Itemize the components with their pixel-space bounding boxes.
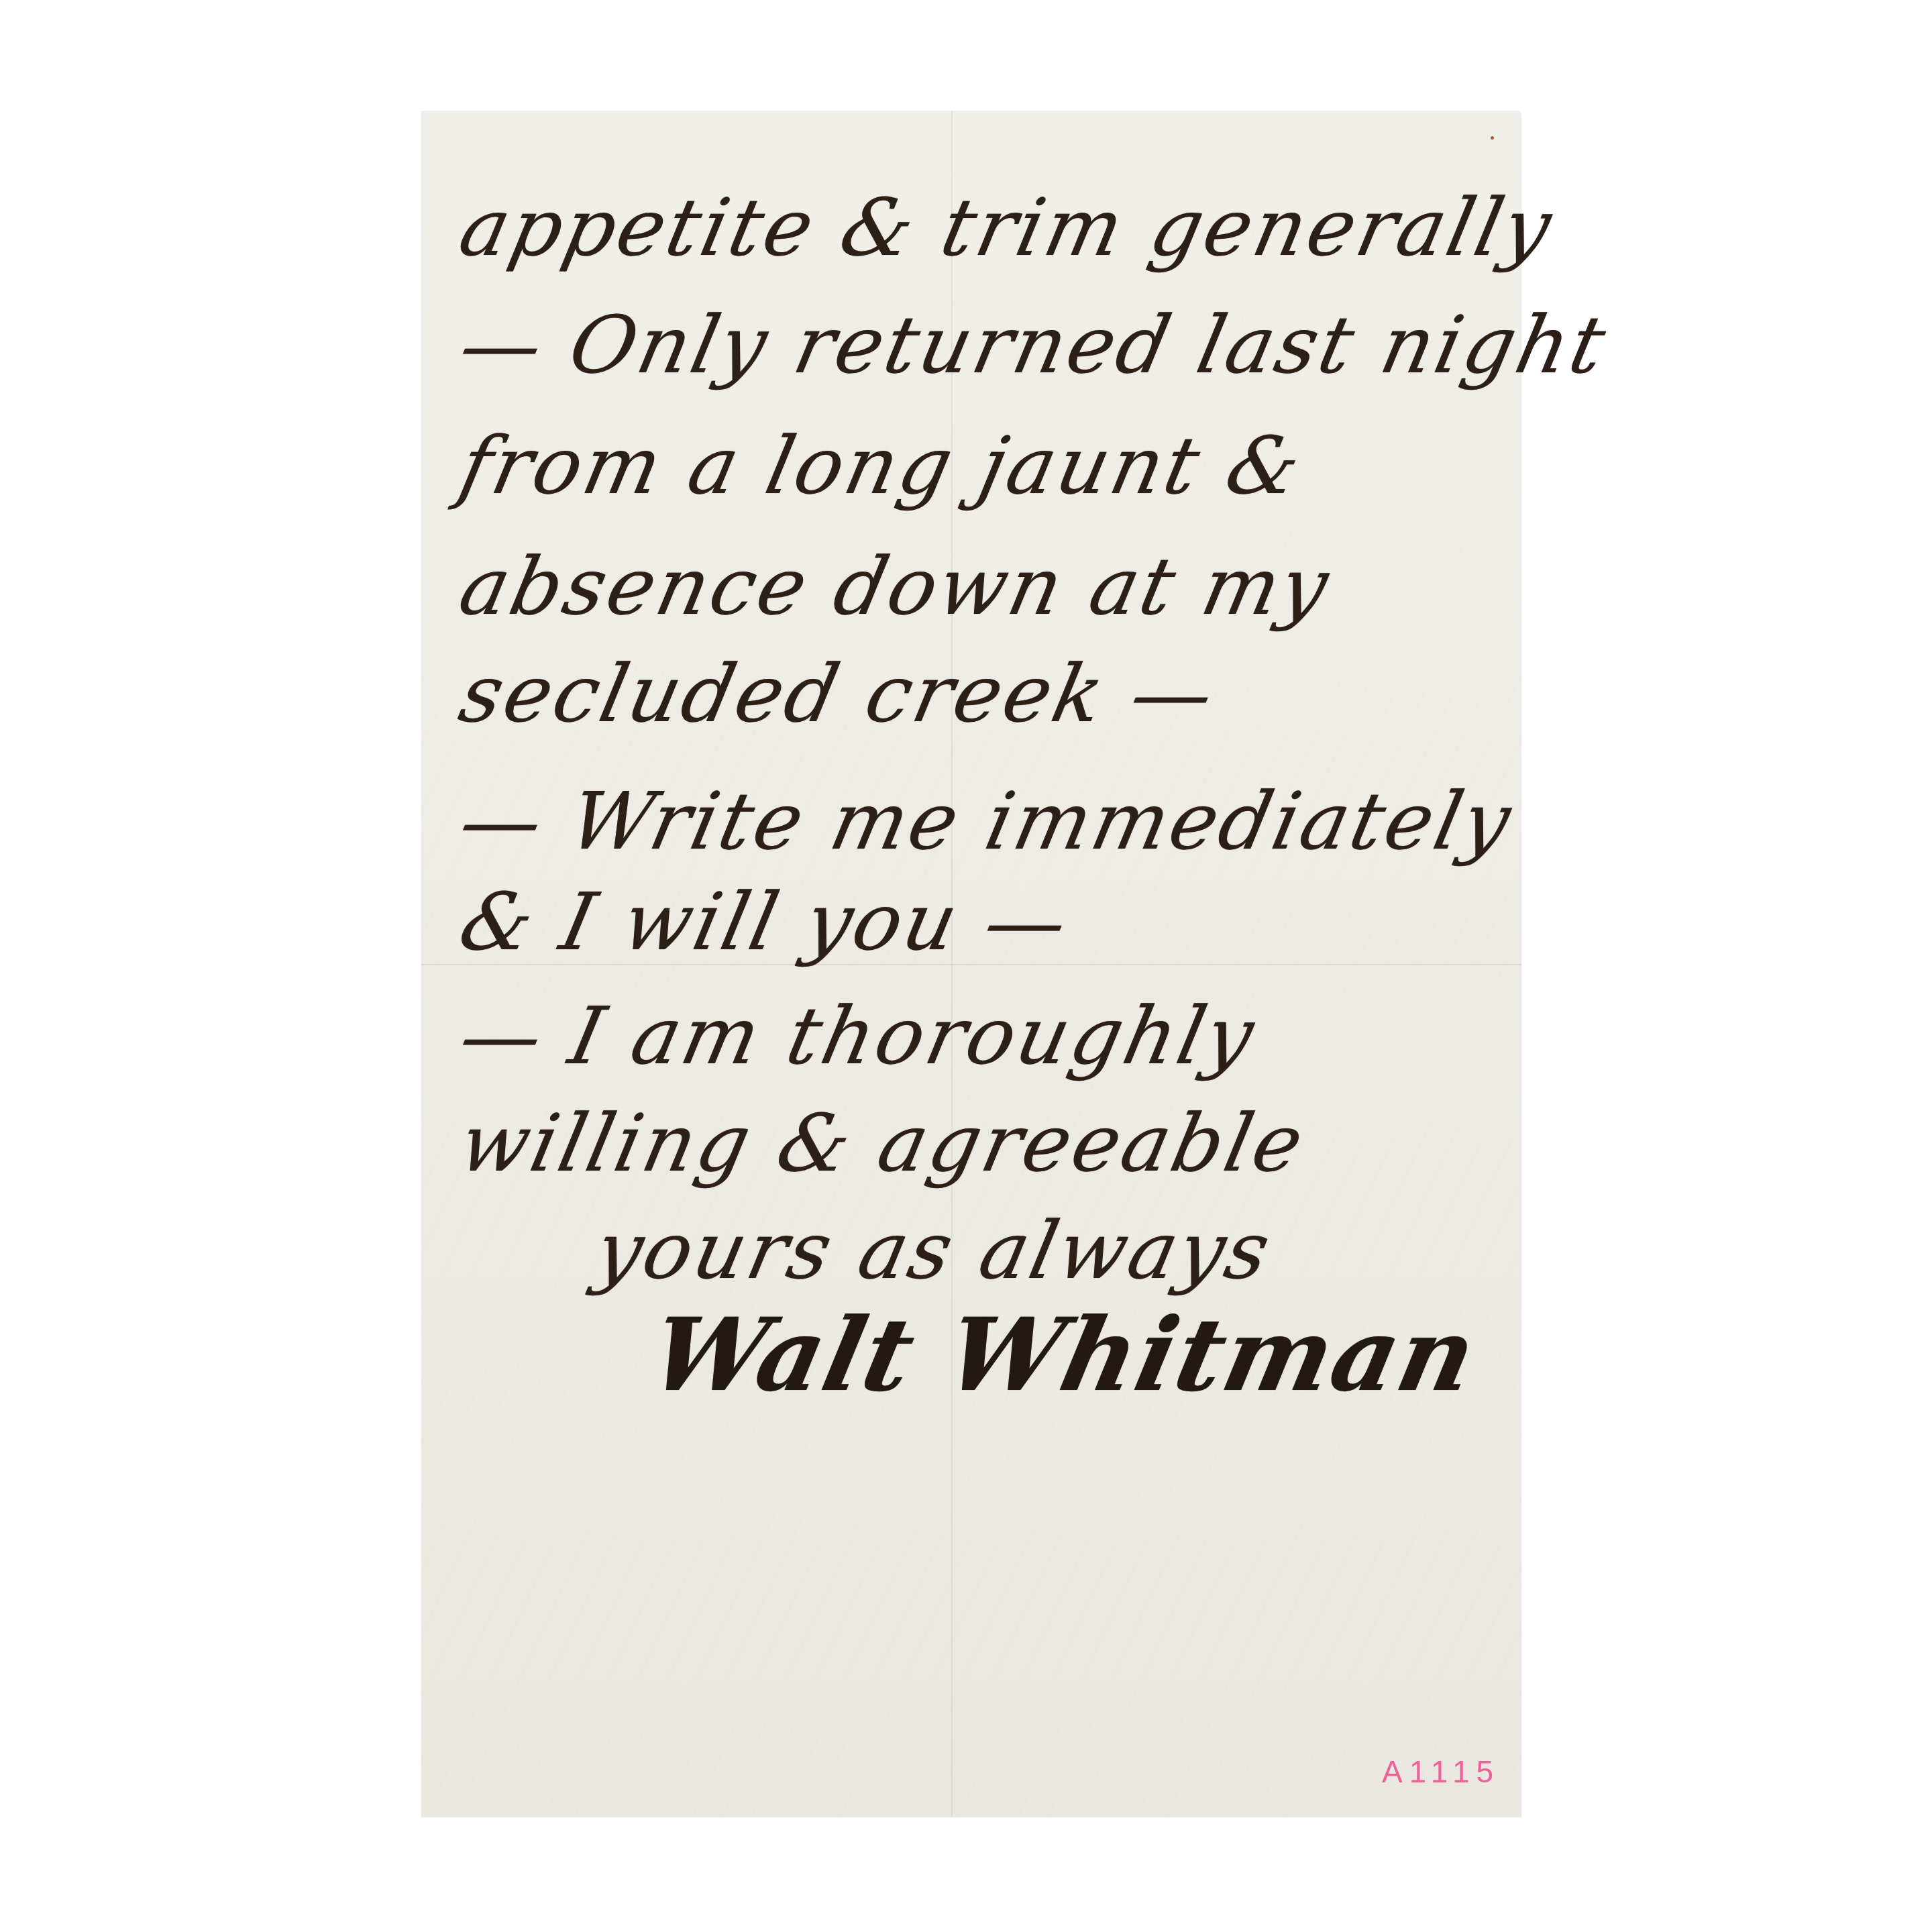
letter-closing: yours as always [589,1211,1279,1290]
letter-line-1: appetite & trim generally [453,188,1560,267]
letter-line-9: willing & agreeable [453,1104,1312,1183]
signature: Walt Whitman [643,1305,1485,1405]
letter-line-7: & I will you — [453,882,1077,961]
letter-line-8: — I am thoroughly [453,996,1263,1075]
letter-line-5: secluded creek — [453,654,1223,733]
letter-line-4: absence down at my [453,547,1338,626]
letter-line-2: — Only returned last night [453,305,1614,384]
catalog-mark: A1115 [1382,1756,1500,1787]
letter-page: appetite & trim generally — Only returne… [421,111,1521,1817]
ink-speck [1491,136,1494,140]
letter-line-6: — Write me immediately [453,782,1519,861]
letter-line-3: from a long jaunt & [453,426,1309,505]
